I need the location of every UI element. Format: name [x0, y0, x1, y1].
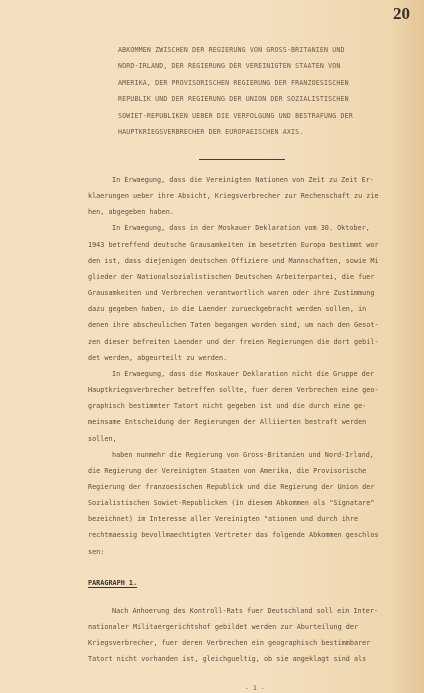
text-line: sollen, [88, 431, 388, 447]
text-line: sen: [88, 544, 388, 560]
text-line: rechtmaessig bevollmaechtigten Vertreter… [88, 527, 388, 543]
text-line: glieder der Nationalsozialistischen Deut… [88, 269, 388, 285]
text-line: In Erwaegung, dass die Moskauer Deklarat… [88, 366, 388, 382]
text-line: denen ihre abscheulichen Taten begangen … [88, 317, 388, 333]
text-line: In Erwaegung, dass die Vereinigten Natio… [88, 172, 388, 188]
document-page: 20 ABKOMMEN ZWISCHEN DER REGIERUNG VON G… [0, 0, 424, 693]
title-line: NORD-IRLAND, DER REGIERUNG DER VEREINIGT… [118, 58, 388, 74]
text-line: Nach Anhoerung des Kontroll-Rats fuer De… [88, 603, 388, 619]
title-line: SOWIET-REPUBLIKEN UEBER DIE VERFOLGUNG U… [118, 108, 388, 124]
title-line: AMERIKA, DER PROVISORISCHEN REGIERUNG DE… [118, 75, 388, 91]
document-title: ABKOMMEN ZWISCHEN DER REGIERUNG VON GROS… [118, 42, 388, 140]
text-line: klaerungen ueber ihre Absicht, Kriegsver… [88, 188, 388, 204]
text-line: den ist, dass diejenigen deutschen Offiz… [88, 253, 388, 269]
text-line: hen, abgegeben haben. [88, 204, 388, 220]
title-line: REPUBLIK UND DER REGIERUNG DER UNION DER… [118, 91, 388, 107]
footer-page-number: - 1 - [245, 684, 265, 692]
text-line: In Erwaegung, dass in der Moskauer Dekla… [88, 220, 388, 236]
section-text: Nach Anhoerung des Kontroll-Rats fuer De… [88, 603, 388, 668]
preamble-text: In Erwaegung, dass die Vereinigten Natio… [88, 172, 388, 560]
text-line: bezeichnet) im Interesse aller Vereinigt… [88, 511, 388, 527]
text-line: haben nunmehr die Regierung von Gross-Br… [88, 447, 388, 463]
section-heading: PARAGRAPH 1. [88, 579, 137, 587]
text-line: die Regierung der Vereinigten Staaten vo… [88, 463, 388, 479]
text-line: zen dieser befreiten Laender und der fre… [88, 334, 388, 350]
divider-rule [199, 159, 285, 160]
text-line: Hauptkriegsverbrecher betreffen sollte, … [88, 382, 388, 398]
text-line: Kriegsverbrecher, fuer deren Verbrechen … [88, 635, 388, 651]
archive-page-number: 20 [393, 4, 410, 24]
text-line: Grausamkeiten und Verbrechen verantwortl… [88, 285, 388, 301]
text-line: dazu gegeben haben, in die Laender zurue… [88, 301, 388, 317]
text-line: meinsame Entscheidung der Regierungen de… [88, 414, 388, 430]
title-line: HAUPTKRIEGSVERBRECHER DER EUROPAEISCHEN … [118, 124, 388, 140]
text-line: Regierung der franzoesischen Republick u… [88, 479, 388, 495]
text-line: det werden, abgeurteilt zu werden. [88, 350, 388, 366]
text-line: Sozialistischen Sowiet-Republicken (in d… [88, 495, 388, 511]
text-line: 1943 betreffend deutsche Grausamkeiten i… [88, 237, 388, 253]
text-line: graphisch bestimmter Tatort nicht gegebe… [88, 398, 388, 414]
text-line: Tatort nicht vorhanden ist, gleichguelti… [88, 651, 388, 667]
text-line: nationaler Militaergerichtshof gebildet … [88, 619, 388, 635]
title-line: ABKOMMEN ZWISCHEN DER REGIERUNG VON GROS… [118, 42, 388, 58]
